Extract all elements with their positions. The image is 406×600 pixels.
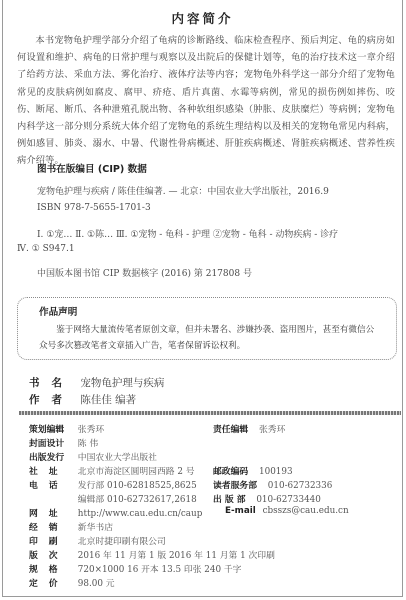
address: 北京市海淀区圆明园西路 2 号 [78, 467, 195, 477]
printer-label: 印刷 [29, 534, 75, 547]
cip-line: 宠物龟护理与疾病 / 陈佳佳编著. — 北京：中国农业大学出版社，2016.9 [37, 184, 329, 197]
spec-row: 规格 720×1000 16 开本 13.5 印张 240 千字 [29, 562, 241, 575]
spec: 720×1000 16 开本 13.5 印张 240 千字 [78, 565, 242, 575]
notice-body: 鉴于网络大量流传笔者原创文章，但并未署名、涉嫌抄袭、盗用图片，甚至有微信公众号多… [39, 322, 379, 354]
reader-service-row: 读者服务部 010-62732336 [213, 478, 332, 491]
cover-design-row: 封面设计 陈 伟 [29, 436, 98, 449]
postcode: 100193 [259, 467, 293, 477]
book-name-row: 书名 宠物龟护理与疾病 [29, 375, 164, 390]
edition-label: 版次 [29, 548, 75, 561]
publisher: 中国农业大学出版社 [78, 453, 157, 463]
price-row: 定价 98.00 元 [29, 576, 115, 589]
book-author: 陈佳佳 编著 [80, 394, 136, 406]
email-link[interactable]: cbsszs@cau.edu.cn [263, 506, 349, 516]
book-name-label: 书名 [29, 375, 77, 390]
distributor-label: 经销 [29, 520, 75, 533]
phone-row: 电话 发行部 010-62818525,8625 [29, 478, 197, 491]
distributor: 新华书店 [78, 523, 113, 533]
summary-body: 本书宠物龟护理学部分介绍了龟病的诊断路线、临床检查程序、预后判定、龟的病房如何设… [17, 32, 395, 170]
printer-row: 印刷 北京时捷印刷有限公司 [29, 534, 166, 547]
publishing-dept-row: 出 版 部 010-62733440 [213, 492, 321, 505]
printer: 北京时捷印刷有限公司 [78, 537, 166, 547]
edition-row: 版次 2016 年 11 月第 1 版 2016 年 11 月第 1 次印刷 [29, 548, 275, 561]
distributor-row: 经销 新华书店 [29, 520, 113, 533]
planning-editor-row: 策划编辑 张秀环 [29, 422, 104, 435]
website-label: 网址 [29, 506, 75, 519]
address-label: 社址 [29, 464, 75, 477]
email-label: E-mail [225, 506, 256, 516]
reader-service-label: 读者服务部 [213, 478, 257, 491]
book-author-row: 作者 陈佳佳 编著 [29, 392, 136, 407]
website-link[interactable]: http://www.cau.edu.cn/caup [78, 509, 203, 519]
postcode-row: 邮政编码 100193 [213, 464, 293, 477]
responsible-editor-row: 责任编辑 张秀环 [213, 422, 285, 435]
publishing-dept: 010-62733440 [256, 495, 321, 505]
publisher-label: 出版发行 [29, 450, 75, 463]
cover-design-label: 封面设计 [29, 436, 75, 449]
phone-editorial: 编辑部 010-62732617,2618 [78, 495, 197, 505]
responsible-editor-label: 责任编辑 [213, 422, 248, 435]
phone-sales: 发行部 010-62818525,8625 [78, 481, 197, 491]
publisher-row: 出版发行 中国农业大学出版社 [29, 450, 157, 463]
address-row: 社址 北京市海淀区圆明园西路 2 号 [29, 464, 195, 477]
notice-heading: 作品声明 [39, 304, 77, 318]
book-author-label: 作者 [29, 392, 77, 407]
spec-label: 规格 [29, 562, 75, 575]
email-row: E-mail cbsszs@cau.edu.cn [225, 506, 349, 516]
cip-classification: Ⅰ. ①宠… Ⅱ. ①陈… Ⅲ. ①宠物 - 龟科 - 护理 ②宠物 - 龟科 … [37, 227, 338, 240]
cip-record: 中国版本图书馆 CIP 数据核字 (2016) 第 217808 号 [37, 266, 252, 279]
website-row: 网址 http://www.cau.edu.cn/caup [29, 506, 202, 519]
postcode-label: 邮政编码 [213, 464, 248, 477]
cip-heading: 图书在版编目 (CIP) 数据 [37, 161, 147, 175]
planning-editor-label: 策划编辑 [29, 422, 75, 435]
cip-isbn: ISBN 978-7-5655-1701-3 [37, 203, 151, 213]
book-name: 宠物龟护理与疾病 [80, 377, 164, 389]
price-label: 定价 [29, 576, 75, 589]
publishing-dept-label: 出 版 部 [213, 492, 246, 505]
reader-service: 010-62732336 [268, 481, 333, 491]
cip-classification-cont: Ⅳ. ① S947.1 [17, 244, 75, 254]
notice-box: 作品声明 鉴于网络大量流传笔者原创文章，但并未署名、涉嫌抄袭、盗用图片，甚至有微… [17, 297, 397, 360]
phone-editorial-row: 编辑部 010-62732617,2618 [29, 492, 197, 505]
summary-title: 内容简介 [3, 9, 402, 27]
edition: 2016 年 11 月第 1 版 2016 年 11 月第 1 次印刷 [78, 551, 275, 561]
responsible-editor: 张秀环 [259, 425, 285, 435]
price: 98.00 元 [78, 579, 115, 589]
planning-editor: 张秀环 [78, 425, 104, 435]
cover-design: 陈 伟 [78, 439, 98, 449]
phone-label: 电话 [29, 478, 75, 491]
copyright-page: 内容简介 本书宠物龟护理学部分介绍了龟病的诊断路线、临床检查程序、预后判定、龟的… [2, 0, 403, 597]
wavy-divider [19, 411, 401, 415]
